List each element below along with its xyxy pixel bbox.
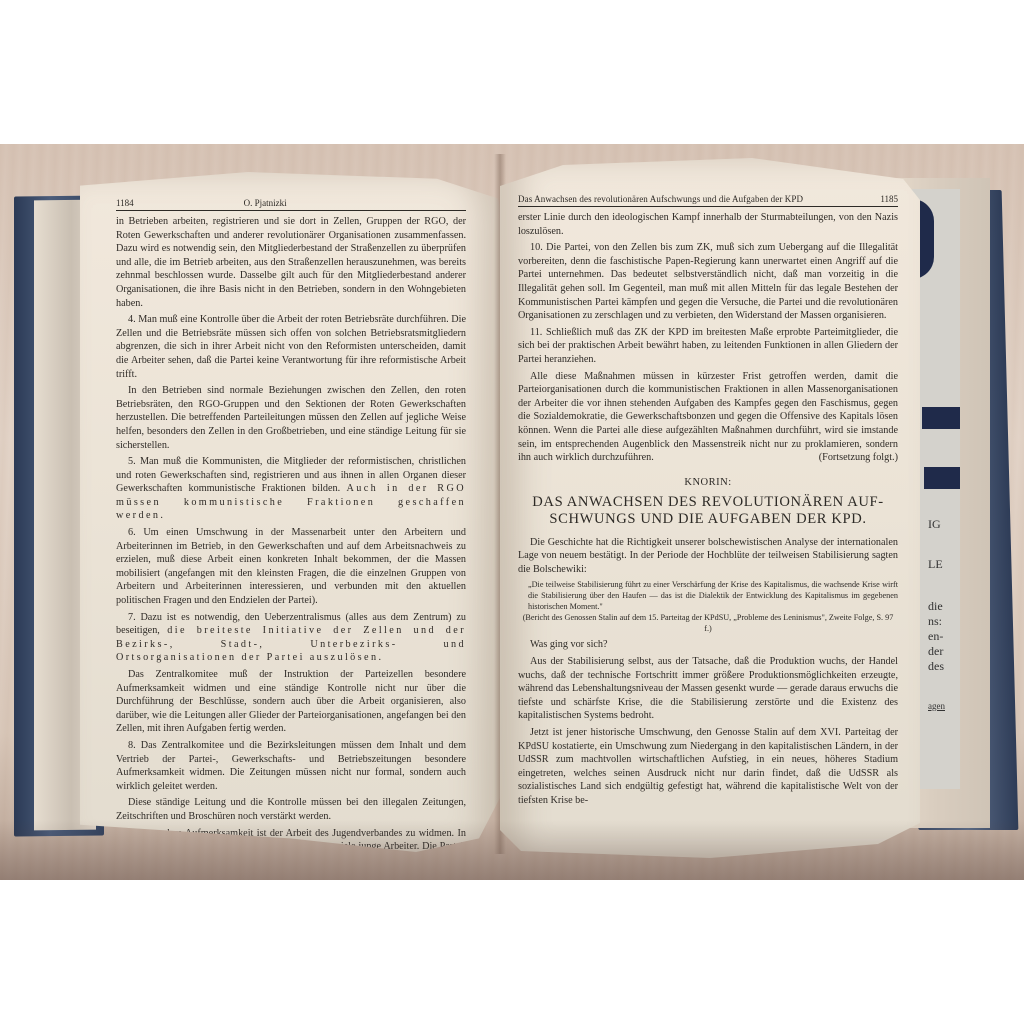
article-title: Das Anwachsen des revolutionären Auf- sc… — [518, 494, 898, 528]
article-author: KNORIN: — [518, 477, 898, 488]
right-running-head: Das Anwachsen des revolutionären Aufschw… — [518, 194, 898, 207]
paragraph: Die Geschichte hat die Richtigkeit unser… — [518, 536, 898, 577]
book-photo: IG LE die ns: en- der des agen 1184 O. P… — [0, 144, 1024, 880]
page-number: 1184 — [116, 198, 134, 208]
paragraph: 8. Das Zentralkomitee und die Bezirkslei… — [116, 739, 466, 793]
paragraph: Jetzt ist jener historische Umschwung, d… — [518, 726, 898, 808]
leaflet-text: IG — [928, 517, 941, 532]
block-quote: „Die teilweise Stabilisierung führt zu e… — [518, 579, 898, 612]
leaflet-graphic — [922, 407, 960, 429]
paragraph: Aus der Stabilisierung selbst, aus der T… — [518, 655, 898, 723]
paragraph: Alle diese Maßnahmen müssen in kürzester… — [518, 370, 898, 465]
paragraph: Das Zentralkomitee muß der Instruktion d… — [116, 668, 466, 736]
quote-source: (Bericht des Genossen Stalin auf dem 15.… — [518, 612, 898, 634]
paragraph: 10. Die Partei, von den Zellen bis zum Z… — [518, 241, 898, 323]
paragraph: 4. Man muß eine Kontrolle über die Arbei… — [116, 313, 466, 381]
leaflet-text: ns: — [928, 614, 942, 629]
leaflet-text: LE — [928, 557, 943, 572]
left-page: 1184 O. Pjatnizki in Betrieben arbeiten,… — [80, 172, 500, 852]
article-title-line: Das Anwachsen des revolutionären Auf- — [518, 494, 898, 511]
paragraph: 11. Schließlich muß das ZK der KPD im br… — [518, 326, 898, 367]
leaflet-text: agen — [928, 699, 945, 714]
article-title-line: schwungs und die Aufgaben der KPD. — [518, 511, 898, 528]
continuation-note: (Fortsetzung folgt.) — [807, 451, 898, 465]
paragraph: 6. Um einen Umschwung in der Massenarbei… — [116, 526, 466, 608]
paragraph: 7. Dazu ist es notwendig, den Ueberzentr… — [116, 611, 466, 665]
paragraph: 5. Man muß die Kommunisten, die Mitglied… — [116, 455, 466, 523]
running-title: Das Anwachsen des revolutionären Aufschw… — [518, 194, 803, 204]
leaflet-text: des — [928, 659, 944, 674]
table-shadow — [0, 820, 1024, 880]
emphasized-text: die breiteste Initiative der Zellen und … — [116, 625, 466, 663]
page-number: 1185 — [880, 194, 898, 204]
paragraph: erster Linie durch den ideologischen Kam… — [518, 211, 898, 238]
paragraph: in Betrieben arbeiten, registrieren und … — [116, 215, 466, 310]
leaflet-text: der — [928, 644, 943, 659]
paragraph-text: Alle diese Maßnahmen müssen in kürzester… — [518, 371, 898, 464]
leaflet-graphic — [924, 467, 960, 489]
leaflet-text: die — [928, 599, 943, 614]
right-page: Das Anwachsen des revolutionären Aufschw… — [500, 158, 920, 858]
paragraph: In den Betrieben sind normale Beziehunge… — [116, 384, 466, 452]
left-running-head: 1184 O. Pjatnizki — [116, 198, 466, 211]
leaflet-text: en- — [928, 629, 943, 644]
section-question: Was ging vor sich? — [518, 638, 898, 652]
running-title: O. Pjatnizki — [244, 198, 287, 208]
